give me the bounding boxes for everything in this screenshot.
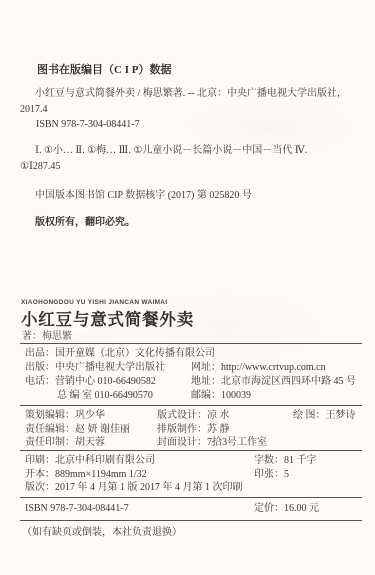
cip-entry-line1: 小红豆与意式简餐外卖 / 梅思繁著. -- 北京：中央广播电视大学出版社， — [35, 87, 347, 101]
divider-4 — [20, 497, 362, 498]
publisher-website: 网址：http://www.crtvup.com.cn — [191, 361, 326, 375]
cip-entry-line2: 2017.4 — [20, 103, 48, 117]
title-pinyin: XIAOHONGDOU YU YISHI JIANCAN WAIMAI — [21, 299, 167, 306]
printing-format: 开本：889mm×1194mm 1/32 — [25, 468, 147, 482]
cip-registry-number: 中国版本图书馆 CIP 数据核字 (2017) 第 025820 号 — [35, 189, 252, 203]
copyright-page: 图书在版编目（C I P）数据 小红豆与意式简餐外卖 / 梅思繁著. -- 北京… — [0, 0, 375, 575]
staff-typesetter: 排版制作：苏 静 — [157, 423, 230, 437]
publisher-editorial-office-phone: 总 编 室 010-66490570 — [57, 389, 153, 403]
publisher-address: 地址：北京市海淀区西四环中路 45 号 — [191, 375, 356, 389]
staff-cover-designer: 封面设计：7拾3号工作室 — [157, 436, 267, 450]
publisher-postcode: 邮编：100039 — [191, 389, 251, 403]
publisher-phone: 电话：营销中心 010-66490582 — [25, 375, 156, 389]
isbn-number: ISBN 978-7-304-08441-7 — [25, 502, 129, 516]
author-line: 著：梅思繁 — [22, 327, 72, 342]
divider-5 — [20, 520, 362, 521]
staff-responsible-editor: 责任编辑：赵 妍 谢佳丽 — [25, 423, 130, 437]
divider-2 — [20, 405, 362, 406]
cip-classification-line1: Ⅰ. ①小… Ⅱ. ①梅… Ⅲ. ①儿童小说－长篇小说－中国－当代 Ⅳ. — [35, 144, 307, 158]
printing-word-count: 字数：81 千字 — [254, 454, 317, 468]
printing-sheets: 印张：5 — [254, 468, 289, 482]
staff-layout-designer: 版式设计：凉 水 — [157, 409, 230, 423]
replacement-note: （如有缺页或倒装，本社负责退换） — [22, 526, 182, 540]
price: 定价：16.00 元 — [254, 502, 319, 516]
cip-header: 图书在版编目（C I P）数据 — [37, 61, 171, 77]
cip-classification-line2: ①Ⅰ287.45 — [20, 160, 60, 174]
publisher-press: 出版：中央广播电视大学出版社 — [25, 361, 165, 375]
printing-edition: 版次：2017 年 4 月第 1 版 2017 年 4 月第 1 次印刷 — [25, 481, 243, 495]
cip-isbn: ISBN 978-7-304-08441-7 — [36, 118, 140, 132]
divider-1 — [20, 343, 362, 344]
staff-print-supervisor: 责任印制：胡天蓉 — [25, 436, 105, 450]
printing-printer: 印刷：北京中科印刷有限公司 — [25, 454, 155, 468]
staff-illustrator: 绘 图：王梦诗 — [293, 409, 356, 423]
copyright-notice: 版权所有，翻印必究。 — [35, 216, 135, 230]
divider-3 — [20, 450, 362, 451]
publisher-producer: 出品：国开童媒（北京）文化传播有限公司 — [25, 347, 215, 361]
staff-planning-editor: 策划编辑：巩少华 — [25, 409, 105, 423]
